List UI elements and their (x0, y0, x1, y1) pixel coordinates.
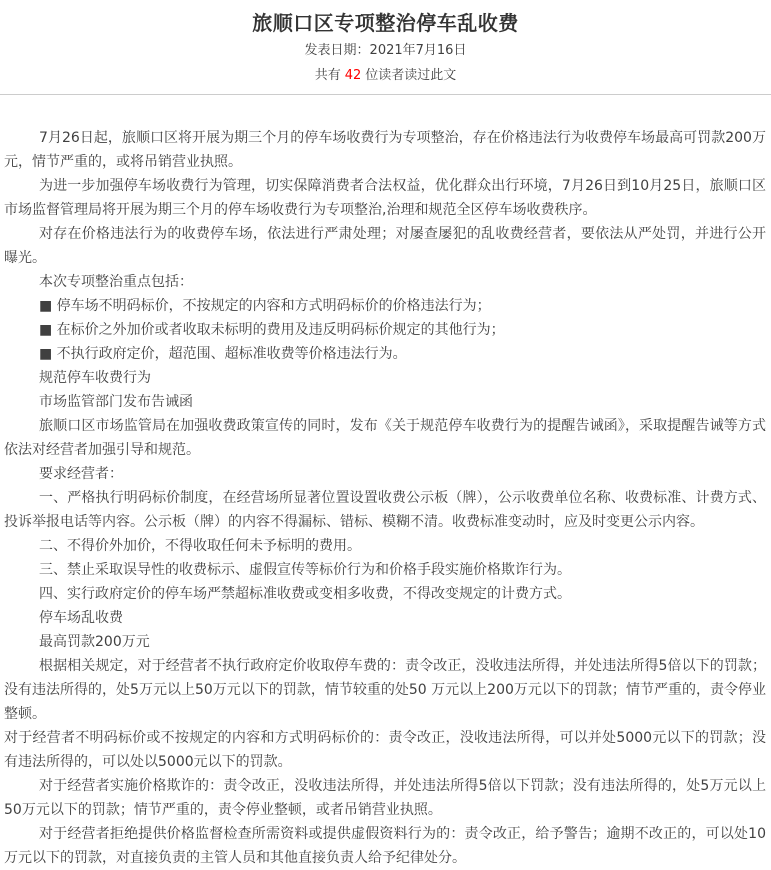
article-paragraph: 旅顺口区市场监管局在加强收费政策宣传的同时，发布《关于规范停车收费行为的提醒告诫… (4, 414, 766, 462)
article-paragraph: 市场监管部门发布告诫函 (4, 390, 766, 414)
article-paragraph: ■ 在标价之外加价或者收取未标明的费用及违反明码标价规定的其他行为； (4, 318, 766, 342)
read-count-prefix: 共有 (315, 68, 341, 83)
article-paragraph: 为进一步加强停车场收费行为管理，切实保障消费者合法权益，优化群众出行环境，7月2… (4, 174, 766, 222)
article-paragraph: 停车场乱收费 (4, 606, 766, 630)
page-title: 旅顺口区专项整治停车乱收费 (0, 10, 771, 36)
article-paragraph: 最高罚款200万元 (4, 630, 766, 654)
article-paragraph: 对于经营者拒绝提供价格监督检查所需资料或提供虚假资料行为的：责令改正，给予警告；… (4, 822, 766, 870)
article-body: 7月26日起，旅顺口区将开展为期三个月的停车场收费行为专项整治，存在价格违法行为… (0, 95, 771, 870)
article-paragraph: 对于经营者不明码标价或不按规定的内容和方式明码标价的：责令改正，没收违法所得，可… (4, 726, 766, 774)
article-paragraph: 对存在价格违法行为的收费停车场，依法进行严肃处理；对屡查屡犯的乱收费经营者，要依… (4, 222, 766, 270)
article-paragraph: ■ 不执行政府定价，超范围、超标准收费等价格违法行为。 (4, 342, 766, 366)
read-count-suffix: 位读者读过此文 (365, 68, 456, 83)
article-header: 旅顺口区专项整治停车乱收费 发表日期：2021年7月16日 共有42位读者读过此… (0, 0, 771, 84)
article-paragraph: 对于经营者实施价格欺诈的：责令改正，没收违法所得，并处违法所得5倍以下罚款；没有… (4, 774, 766, 822)
read-count: 42 (345, 68, 362, 83)
article-page: 旅顺口区专项整治停车乱收费 发表日期：2021年7月16日 共有42位读者读过此… (0, 0, 771, 870)
article-paragraph: ■ 停车场不明码标价，不按规定的内容和方式明码标价的价格违法行为； (4, 294, 766, 318)
article-paragraph: 二、不得价外加价，不得收取任何未予标明的费用。 (4, 534, 766, 558)
article-paragraph: 四、实行政府定价的停车场严禁超标准收费或变相多收费，不得改变规定的计费方式。 (4, 582, 766, 606)
article-paragraph: 本次专项整治重点包括： (4, 270, 766, 294)
article-paragraph: 规范停车收费行为 (4, 366, 766, 390)
publish-date: 发表日期：2021年7月16日 (0, 43, 771, 59)
article-paragraph: 一、严格执行明码标价制度，在经营场所显著位置设置收费公示板（牌），公示收费单位名… (4, 486, 766, 534)
article-paragraph: 要求经营者： (4, 462, 766, 486)
article-paragraph: 7月26日起，旅顺口区将开展为期三个月的停车场收费行为专项整治，存在价格违法行为… (4, 126, 766, 174)
article-paragraph: 三、禁止采取误导性的收费标示、虚假宣传等标价行为和价格手段实施价格欺诈行为。 (4, 558, 766, 582)
article-paragraph: 根据相关规定，对于经营者不执行政府定价收取停车费的：责令改正，没收违法所得，并处… (4, 654, 766, 726)
read-count-line: 共有42位读者读过此文 (0, 68, 771, 84)
